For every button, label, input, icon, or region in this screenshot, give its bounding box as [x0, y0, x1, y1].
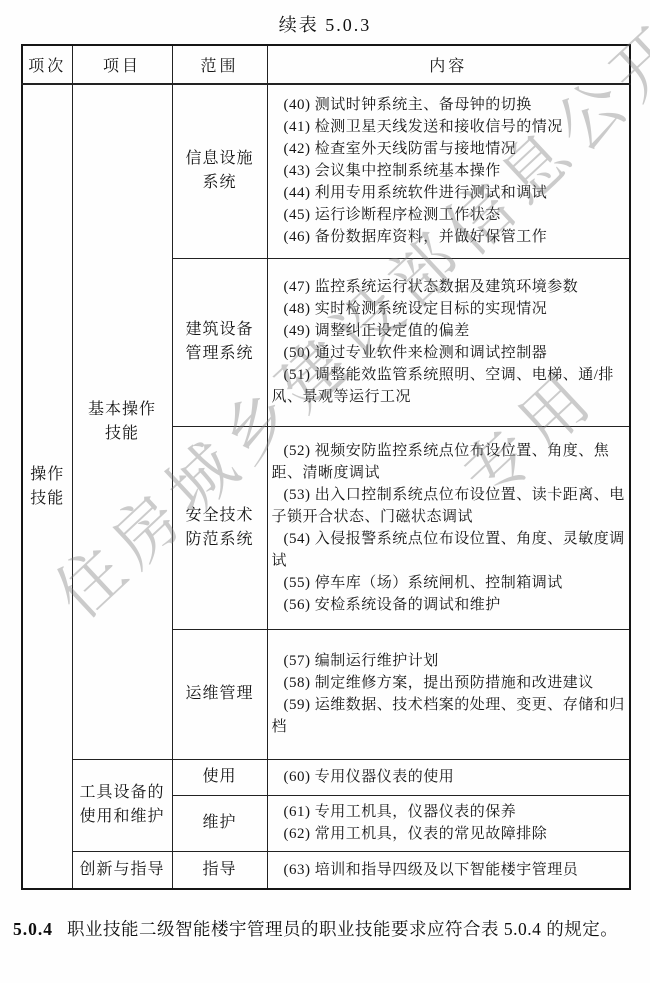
- content-line: (51) 调整能效监管系统照明、空调、电梯、通/排风、景观等运行工况: [272, 364, 626, 408]
- content-cell: (57) 编制运行维护计划(58) 制定维修方案，提出预防措施和改进建议(59)…: [267, 629, 630, 759]
- content-line: (43) 会议集中控制系统基本操作: [272, 160, 626, 182]
- content-line: (61) 专用工机具，仪器仪表的保养: [272, 801, 626, 823]
- scope-cell: 指导: [172, 851, 267, 889]
- table-body: 操作 技能基本操作 技能信息设施 系统(40) 测试时钟系统主、备母钟的切换(4…: [22, 84, 630, 889]
- content-line: (52) 视频安防监控系统点位布设位置、角度、焦距、清晰度调试: [272, 440, 626, 484]
- content-line: (40) 测试时钟系统主、备母钟的切换: [272, 94, 626, 116]
- content-line: (44) 利用专用系统软件进行测试和调试: [272, 182, 626, 204]
- skills-table: 项次 项目 范围 内容 操作 技能基本操作 技能信息设施 系统(40) 测试时钟…: [21, 44, 631, 890]
- table-header: 项次 项目 范围 内容: [22, 45, 630, 84]
- clause-text: 职业技能二级智能楼宇管理员的职业技能要求应符合表 5.0.4 的规定。: [67, 919, 618, 939]
- table-row: 操作 技能基本操作 技能信息设施 系统(40) 测试时钟系统主、备母钟的切换(4…: [22, 84, 630, 258]
- content-cell: (63) 培训和指导四级及以下智能楼宇管理员: [267, 851, 630, 889]
- header-content: 内容: [267, 45, 630, 84]
- table-row: 创新与指导指导(63) 培训和指导四级及以下智能楼宇管理员: [22, 851, 630, 889]
- project-cell: 基本操作 技能: [72, 84, 172, 759]
- content-cell: (52) 视频安防监控系统点位布设位置、角度、焦距、清晰度调试(53) 出入口控…: [267, 426, 630, 629]
- scope-cell: 运维管理: [172, 629, 267, 759]
- project-cell: 创新与指导: [72, 851, 172, 889]
- content-line: (58) 制定维修方案，提出预防措施和改进建议: [272, 672, 626, 694]
- content-line: (42) 检查室外天线防雷与接地情况: [272, 138, 626, 160]
- header-project: 项目: [72, 45, 172, 84]
- item-cell: 操作 技能: [22, 84, 72, 889]
- table-title: 续表 5.0.3: [21, 11, 629, 37]
- clause-number: 5.0.4: [13, 919, 53, 939]
- content-line: (48) 实时检测系统设定目标的实现情况: [272, 298, 626, 320]
- scope-cell: 维护: [172, 795, 267, 851]
- table-row: 工具设备的 使用和维护使用(60) 专用仪器仪表的使用: [22, 759, 630, 795]
- content-line: (41) 检测卫星天线发送和接收信号的情况: [272, 116, 626, 138]
- content-line: (53) 出入口控制系统点位布设位置、读卡距离、电子锁开合状态、门磁状态调试: [272, 484, 626, 528]
- clause-paragraph: 5.0.4职业技能二级智能楼宇管理员的职业技能要求应符合表 5.0.4 的规定。: [13, 914, 637, 945]
- header-scope: 范围: [172, 45, 267, 84]
- content-cell: (60) 专用仪器仪表的使用: [267, 759, 630, 795]
- content-line: (54) 入侵报警系统点位布设位置、角度、灵敏度调试: [272, 528, 626, 572]
- project-cell: 工具设备的 使用和维护: [72, 759, 172, 851]
- header-item: 项次: [22, 45, 72, 84]
- content-line: (47) 监控系统运行状态数据及建筑环境参数: [272, 276, 626, 298]
- content-line: (63) 培训和指导四级及以下智能楼宇管理员: [272, 859, 626, 881]
- content-line: (56) 安检系统设备的调试和维护: [272, 594, 626, 616]
- content-line: (49) 调整纠正设定值的偏差: [272, 320, 626, 342]
- content-line: (46) 备份数据库资料，并做好保管工作: [272, 226, 626, 248]
- scope-cell: 使用: [172, 759, 267, 795]
- content-line: (57) 编制运行维护计划: [272, 650, 626, 672]
- content-cell: (40) 测试时钟系统主、备母钟的切换(41) 检测卫星天线发送和接收信号的情况…: [267, 84, 630, 258]
- content-line: (45) 运行诊断程序检测工作状态: [272, 204, 626, 226]
- content-line: (50) 通过专业软件来检测和调试控制器: [272, 342, 626, 364]
- content-line: (55) 停车库（场）系统闸机、控制箱调试: [272, 572, 626, 594]
- scope-cell: 建筑设备 管理系统: [172, 258, 267, 426]
- content-cell: (61) 专用工机具，仪器仪表的保养(62) 常用工机具，仪表的常见故障排除: [267, 795, 630, 851]
- header-row: 项次 项目 范围 内容: [22, 45, 630, 84]
- content-cell: (47) 监控系统运行状态数据及建筑环境参数(48) 实时检测系统设定目标的实现…: [267, 258, 630, 426]
- scope-cell: 信息设施 系统: [172, 84, 267, 258]
- scope-cell: 安全技术 防范系统: [172, 426, 267, 629]
- content-line: (59) 运维数据、技术档案的处理、变更、存储和归档: [272, 694, 626, 738]
- content-line: (60) 专用仪器仪表的使用: [272, 766, 626, 788]
- document-page: 续表 5.0.3 项次 项目 范围 内容 操作 技能基本操作 技能信息设施 系统…: [0, 0, 650, 983]
- content-line: (62) 常用工机具，仪表的常见故障排除: [272, 823, 626, 845]
